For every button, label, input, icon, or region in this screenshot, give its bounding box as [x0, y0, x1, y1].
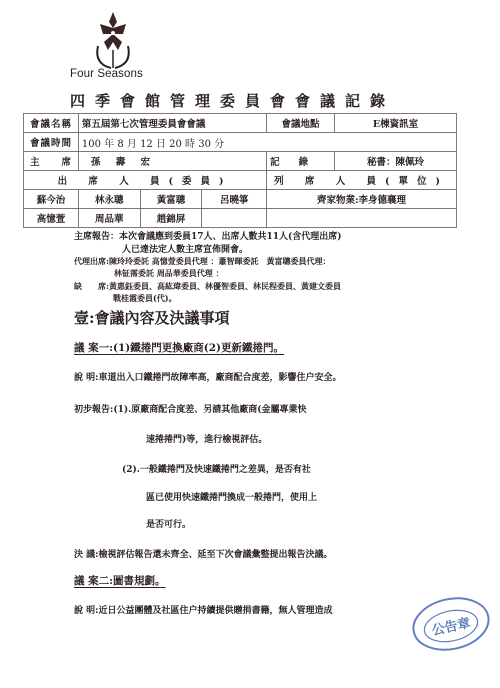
motion1-report-1a: 初步報告:(1).原廠商配合度差、另請其他廠商(金屬專業快 [74, 402, 307, 415]
observer-name [267, 209, 457, 228]
motion1-report-2c: 是否可行。 [146, 517, 191, 530]
motion1-report-2a: (2).一般鐵捲門及快速鐵捲門之差異，是否有社 [122, 462, 311, 475]
meeting-info-table: 會議名稱 第五屆第七次管理委員會會議 會議地點 E棟資訊室 會議時間 100 年… [23, 113, 457, 228]
table-row: 主 席 孫 壽 宏 記 錄 秘書：陳佩玲 [24, 152, 457, 171]
table-row: 出 席 人 員(委員) 列 席 人 員(單位) [24, 171, 457, 190]
observers-header: 列 席 人 員(單位) [267, 171, 457, 190]
section-heading: 壹:會議內容及決議事項 [74, 307, 230, 328]
motion1-title: 議 案一:(1)鐵捲門更換廠商(2)更新鐵捲門。 [74, 340, 284, 355]
table-row: 會議名稱 第五屆第七次管理委員會會議 會議地點 E棟資訊室 [24, 114, 457, 133]
location-label: 會議地點 [267, 114, 335, 133]
chair-value: 孫 壽 宏 [78, 152, 266, 171]
meeting-name-label: 會議名稱 [24, 114, 79, 133]
attendee-name: 蘇今治 [24, 190, 79, 209]
brand-name: Four Seasons [70, 68, 143, 80]
proxy-line1: 代理出席:陳玲玲委託 高憶萱委員代理 ：蕭智暉委託 黃富聰委員代理： [74, 256, 331, 267]
attendee-name: 趙錦屏 [140, 209, 202, 228]
motion1-explanation: 說 明:車道出入口鐵捲門故障率高，廠商配合度差，影響住户安全。 [74, 370, 341, 383]
absent-line2: 戰桂霞委員(代)。 [113, 293, 177, 304]
table-row: 蘇今治 林永聰 黃富聰 呂曉箏 齊家物業:李身德襄理 [24, 190, 457, 209]
attendees-header: 出 席 人 員(委員) [24, 171, 267, 190]
recorder-label: 記 錄 [267, 152, 335, 171]
attendee-name: 林永聰 [78, 190, 140, 209]
motion1-resolution: 決 議:檢視評估報告還未齊全、延至下次會議彙整提出報告決議。 [74, 547, 332, 560]
attendee-name: 黃富聰 [140, 190, 202, 209]
stamp-text: 公告章 [430, 615, 471, 639]
table-row: 高憶萱 周品華 趙錦屏 [24, 209, 457, 228]
table-row: 會議時間 100 年 8 月 12 日 20 時 30 分 [24, 133, 457, 152]
official-seal-stamp: 公告章 [410, 595, 492, 653]
chair-report-line1: 主席報告：本次會議應到委員17人、出席人數共11人(含代理出席) [74, 229, 342, 242]
document-title: 四季會館管理委員會會議記錄 [70, 90, 450, 111]
attendee-name: 周品華 [78, 209, 140, 228]
motion2-title: 議 案二:圖書規劃。 [74, 573, 166, 588]
motion1-report-2b: 區已使用快速鐵捲門換成一般捲門，使用上 [146, 490, 317, 503]
proxy-line2: 林钲霈委託 周品華委員代理 ： [114, 268, 224, 279]
chair-label: 主 席 [24, 152, 79, 171]
observer-name: 齊家物業:李身德襄理 [267, 190, 457, 209]
location-value: E棟資訊室 [335, 114, 457, 133]
chair-report-line2: 人已達法定人數主席宣佈開會。 [122, 242, 248, 255]
attendee-name: 呂曉箏 [202, 190, 267, 209]
time-label: 會議時間 [24, 133, 79, 152]
absent-line1: 缺 席:黃惠鈺委員、高紘瑋委員、林優智委員、林民程委員、黃建文委員 [74, 281, 341, 292]
attendee-name: 高憶萱 [24, 209, 79, 228]
empty-cell [202, 209, 267, 228]
recorder-value: 秘書：陳佩玲 [335, 152, 457, 171]
meeting-name-value: 第五屆第七次管理委員會會議 [78, 114, 266, 133]
motion2-explanation: 說 明:近日公益團體及社區住户持續提供贈捐書籍，無人管理造成 [74, 603, 332, 616]
motion1-report-1b: 速捲捲門)等，進行檢視評估。 [146, 432, 267, 445]
time-value: 100 年 8 月 12 日 20 時 30 分 [78, 133, 456, 152]
